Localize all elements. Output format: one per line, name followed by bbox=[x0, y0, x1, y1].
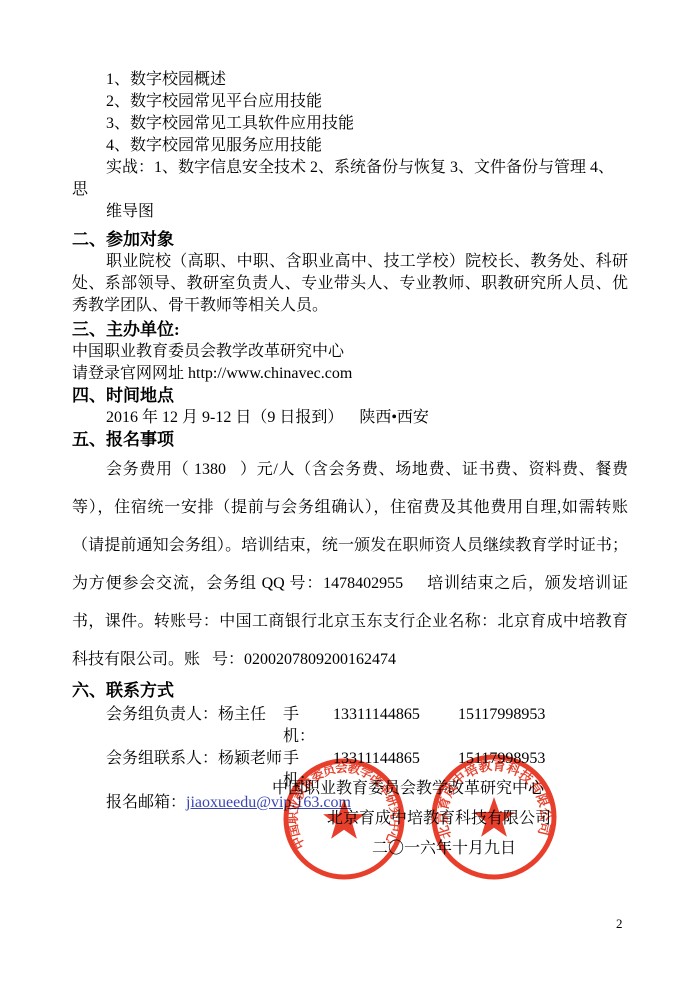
curriculum-list: 1、数字校园概述 2、数字校园常见平台应用技能 3、数字校园常见工具软件应用技能… bbox=[72, 69, 628, 223]
official-seal-right: 北京育成中培教育科技有限公司 bbox=[424, 747, 564, 887]
participants-body: 职业院校（高职、中职、含职业高中、技工学校）院校长、教务处、科研处、系部领导、教… bbox=[72, 251, 628, 317]
practice-wrap-char: 思 bbox=[72, 179, 628, 201]
email-label: 报名邮箱： bbox=[106, 794, 186, 811]
star-icon bbox=[473, 797, 515, 837]
phone-number-1: 13311144865 bbox=[333, 704, 458, 748]
list-item: 3、数字校园常见工具软件应用技能 bbox=[72, 113, 628, 135]
section-heading-time-place: 四、时间地点 bbox=[72, 385, 628, 407]
contact-role: 会务组联系人： bbox=[106, 750, 218, 767]
phone-label: 手 机： bbox=[283, 704, 333, 748]
section-heading-participants: 二、参加对象 bbox=[72, 229, 628, 251]
contact-name: 杨主任 bbox=[218, 706, 266, 723]
contact-person: 会务组负责人：杨主任 bbox=[106, 704, 283, 748]
list-item: 2、数字校园常见平台应用技能 bbox=[72, 91, 628, 113]
practice-tail: 维导图 bbox=[72, 201, 628, 223]
contact-row: 会务组负责人：杨主任 手 机： 13311144865 15117998953 bbox=[72, 704, 628, 748]
list-item: 4、数字校园常见服务应用技能 bbox=[72, 135, 628, 157]
organizer-website-line: 请登录官网网址 http://www.chinavec.com bbox=[72, 363, 628, 385]
section-heading-registration: 五、报名事项 bbox=[72, 429, 628, 451]
official-seal-left: 中国职业教育委员会教学改革研究中心 bbox=[274, 749, 414, 889]
phone-number-2: 15117998953 bbox=[458, 704, 545, 748]
page-number: 2 bbox=[616, 916, 623, 932]
contact-role: 会务组负责人： bbox=[106, 706, 218, 723]
contact-name: 杨颖老师 bbox=[218, 750, 282, 767]
section-heading-organizer: 三、主办单位: bbox=[72, 319, 628, 341]
time-place-detail: 2016 年 12 月 9-12 日（9 日报到） 陕西•西安 bbox=[72, 407, 628, 429]
document-body: 1、数字校园概述 2、数字校园常见平台应用技能 3、数字校园常见工具软件应用技能… bbox=[72, 69, 628, 814]
section-heading-contact: 六、联系方式 bbox=[72, 680, 628, 702]
practice-line: 实战：1、数字信息安全技术 2、系统备份与恢复 3、文件备份与管理 4、 bbox=[72, 157, 628, 179]
list-item: 1、数字校园概述 bbox=[72, 69, 628, 91]
document-page: 1、数字校园概述 2、数字校园常见平台应用技能 3、数字校园常见工具软件应用技能… bbox=[0, 0, 700, 990]
contact-person: 会务组联系人：杨颖老师 bbox=[106, 748, 283, 792]
registration-body: 会务费用（ 1380 ）元/人（含会务费、场地费、证书费、资料费、餐费等），住宿… bbox=[72, 451, 628, 679]
star-icon bbox=[323, 799, 365, 839]
organizer-name: 中国职业教育委员会教学改革研究中心 bbox=[72, 341, 628, 363]
website-url: http://www.chinavec.com bbox=[188, 365, 352, 382]
website-prefix: 请登录官网网址 bbox=[72, 365, 188, 382]
